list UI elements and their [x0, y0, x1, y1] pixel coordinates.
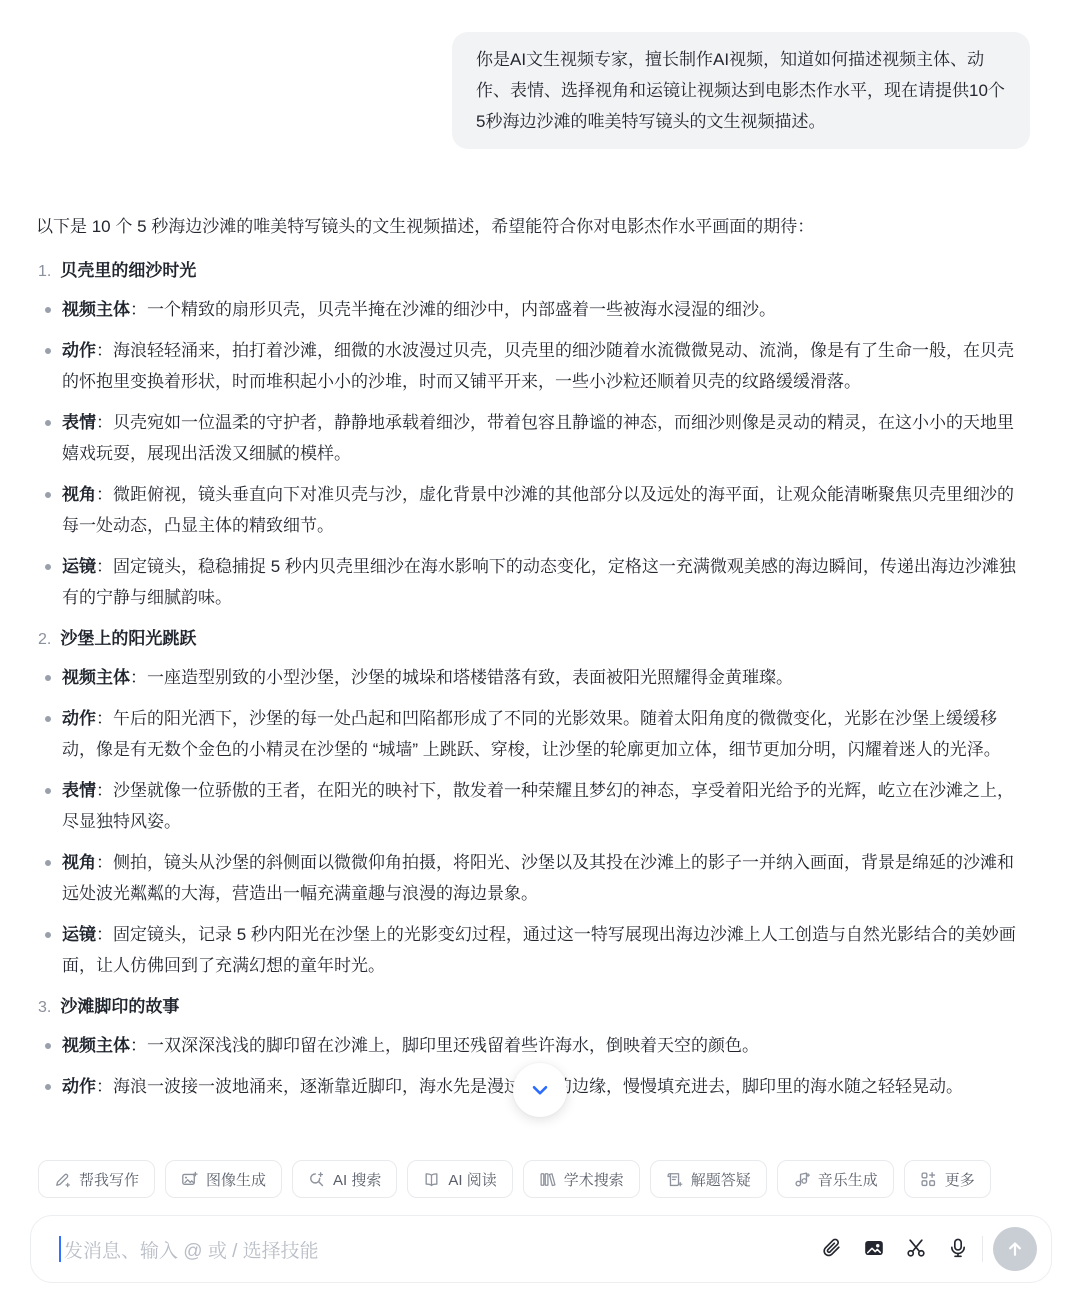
skill-label: 学术搜索: [564, 1169, 624, 1190]
message-input-box[interactable]: 发消息、输入 @ 或 / 选择技能: [30, 1215, 1052, 1283]
list-item: 运镜：固定镜头，记录 5 秒内阳光在沙堡上的光影变幻过程，通过这一特写展现出海边…: [36, 919, 1030, 981]
bullet-text: ：一座造型别致的小型沙堡，沙堡的城垛和塔楼错落有致，表面被阳光照耀得金黄璀璨。: [130, 668, 793, 687]
skill-ai-reading[interactable]: AI 阅读: [407, 1160, 512, 1198]
text-caret: [59, 1236, 61, 1262]
section-title-row: 3.沙滩脚印的故事: [38, 991, 1030, 1023]
list-item: 动作：海浪轻轻涌来，拍打着沙滩，细微的水波漫过贝壳，贝壳里的细沙随着水流微微晃动…: [36, 335, 1030, 397]
list-item: 视频主体：一座造型别致的小型沙堡，沙堡的城垛和塔楼错落有致，表面被阳光照耀得金黄…: [36, 662, 1030, 693]
composer-area: 帮我写作图像生成AI 搜索AI 阅读学术搜索解题答疑音乐生成更多 发消息、输入 …: [0, 1152, 1080, 1302]
input-placeholder: 发消息、输入 @ 或 / 选择技能: [64, 1236, 814, 1263]
bullet-label: 视频主体: [62, 1036, 130, 1055]
bullet-label: 表情: [62, 413, 96, 432]
bullet-dot: [45, 932, 51, 938]
bullet-text: ：一双深深浅浅的脚印留在沙滩上，脚印里还残留着些许海水，倒映着天空的颜色。: [130, 1036, 759, 1055]
bullet-label: 动作: [62, 341, 96, 360]
bullet-label: 动作: [62, 1077, 96, 1096]
skill-more[interactable]: 更多: [904, 1160, 991, 1198]
composer-actions: [814, 1231, 976, 1267]
bullet-dot: [45, 675, 51, 681]
pencil-icon: [54, 1171, 71, 1188]
bullet-text: ：贝壳宛如一位温柔的守护者，静静地承载着细沙，带着包容且静谧的神态，而细沙则像是…: [62, 413, 1014, 463]
skill-label: AI 搜索: [333, 1169, 381, 1190]
skill-music-generation[interactable]: 音乐生成: [777, 1160, 894, 1198]
skill-academic-search[interactable]: 学术搜索: [523, 1160, 640, 1198]
skill-label: 图像生成: [206, 1169, 266, 1190]
bullet-dot: [45, 420, 51, 426]
section-title: 沙滩脚印的故事: [60, 991, 179, 1022]
send-button[interactable]: [993, 1227, 1037, 1271]
bullet-dot: [45, 1084, 51, 1090]
list-item: 表情：贝壳宛如一位温柔的守护者，静静地承载着细沙，带着包容且静谧的神态，而细沙则…: [36, 407, 1030, 469]
bullet-label: 表情: [62, 781, 96, 800]
section-number: 2.: [38, 624, 51, 655]
bullet-label: 运镜: [62, 925, 96, 944]
skill-label: 音乐生成: [818, 1169, 878, 1190]
skill-label: 帮我写作: [79, 1169, 139, 1190]
library-icon: [539, 1171, 556, 1188]
list-item: 运镜：固定镜头，稳稳捕捉 5 秒内贝壳里细沙在海水影响下的动态变化，定格这一充满…: [36, 551, 1030, 613]
bullet-text: ：微距俯视，镜头垂直向下对准贝壳与沙，虚化背景中沙滩的其他部分以及远处的海平面，…: [62, 485, 1014, 535]
list-item: 视角：侧拍，镜头从沙堡的斜侧面以微微仰角拍摄，将阳光、沙堡以及其投在沙滩上的影子…: [36, 847, 1030, 909]
bullet-label: 视频主体: [62, 668, 130, 687]
paperclip-icon: [821, 1237, 843, 1262]
assistant-message: 以下是 10 个 5 秒海边沙滩的唯美特写镜头的文生视频描述，希望能符合你对电影…: [36, 211, 1030, 1102]
scissors-icon: [905, 1237, 927, 1262]
scroll-to-bottom-button[interactable]: [513, 1063, 567, 1117]
section-title-row: 1.贝壳里的细沙时光: [38, 255, 1030, 287]
bullet-dot: [45, 492, 51, 498]
assistant-intro: 以下是 10 个 5 秒海边沙滩的唯美特写镜头的文生视频描述，希望能符合你对电影…: [36, 211, 1030, 242]
search-icon: [308, 1171, 325, 1188]
scroll-icon: [666, 1171, 683, 1188]
bullet-label: 视频主体: [62, 300, 130, 319]
skill-toolbar: 帮我写作图像生成AI 搜索AI 阅读学术搜索解题答疑音乐生成更多: [38, 1160, 1052, 1198]
skill-label: 解题答疑: [691, 1169, 751, 1190]
arrow-up-icon: [1004, 1238, 1026, 1260]
bullet-text: ：一个精致的扇形贝壳，贝壳半掩在沙滩的细沙中，内部盛着一些被海水浸湿的细沙。: [130, 300, 776, 319]
microphone-icon: [947, 1237, 969, 1262]
chevron-down-icon: [527, 1077, 553, 1103]
image-icon: [181, 1171, 198, 1188]
user-message-row: 你是AI文生视频专家，擅长制作AI视频，知道如何描述视频主体、动作、表情、选择视…: [36, 32, 1030, 149]
skill-help-me-write[interactable]: 帮我写作: [38, 1160, 155, 1198]
bullet-dot: [45, 860, 51, 866]
bullet-dot: [45, 716, 51, 722]
photo-button[interactable]: [856, 1231, 892, 1267]
list-item: 视频主体：一双深深浅浅的脚印留在沙滩上，脚印里还残留着些许海水，倒映着天空的颜色…: [36, 1030, 1030, 1061]
music-icon: [793, 1171, 810, 1188]
section-number: 3.: [38, 992, 51, 1023]
reader-icon: [423, 1171, 440, 1188]
bullet-dot: [45, 564, 51, 570]
user-message-bubble: 你是AI文生视频专家，擅长制作AI视频，知道如何描述视频主体、动作、表情、选择视…: [452, 32, 1030, 149]
chat-history[interactable]: 你是AI文生视频专家，擅长制作AI视频，知道如何描述视频主体、动作、表情、选择视…: [0, 0, 1080, 1152]
bullet-dot: [45, 1043, 51, 1049]
section-number: 1.: [38, 256, 51, 287]
skill-label: 更多: [945, 1169, 975, 1190]
user-message-text: 你是AI文生视频专家，擅长制作AI视频，知道如何描述视频主体、动作、表情、选择视…: [476, 50, 1005, 131]
section-title-row: 2.沙堡上的阳光跳跃: [38, 623, 1030, 655]
photo-icon: [863, 1237, 885, 1262]
bullet-dot: [45, 348, 51, 354]
list-item: 视角：微距俯视，镜头垂直向下对准贝壳与沙，虚化背景中沙滩的其他部分以及远处的海平…: [36, 479, 1030, 541]
assistant-sections: 1.贝壳里的细沙时光视频主体：一个精致的扇形贝壳，贝壳半掩在沙滩的细沙中，内部盛…: [36, 255, 1030, 1102]
bullet-text: ：海浪轻轻涌来，拍打着沙滩，细微的水波漫过贝壳，贝壳里的细沙随着水流微微晃动、流…: [62, 341, 1014, 391]
bullet-text: ：固定镜头，稳稳捕捉 5 秒内贝壳里细沙在海水影响下的动态变化，定格这一充满微观…: [62, 557, 1016, 607]
screenshot-button[interactable]: [898, 1231, 934, 1267]
list-item: 动作：午后的阳光洒下，沙堡的每一处凸起和凹陷都形成了不同的光影效果。随着太阳角度…: [36, 703, 1030, 765]
skill-image-generation[interactable]: 图像生成: [165, 1160, 282, 1198]
section-title: 贝壳里的细沙时光: [60, 255, 196, 286]
bullet-label: 动作: [62, 709, 96, 728]
bullet-dot: [45, 788, 51, 794]
voice-button[interactable]: [940, 1231, 976, 1267]
list-item: 视频主体：一个精致的扇形贝壳，贝壳半掩在沙滩的细沙中，内部盛着一些被海水浸湿的细…: [36, 294, 1030, 325]
list-item: 表情：沙堡就像一位骄傲的王者，在阳光的映衬下，散发着一种荣耀且梦幻的神态，享受着…: [36, 775, 1030, 837]
divider: [982, 1236, 983, 1262]
bullet-text: ：固定镜头，记录 5 秒内阳光在沙堡上的光影变幻过程，通过这一特写展现出海边沙滩…: [62, 925, 1016, 975]
bullet-label: 视角: [62, 485, 96, 504]
chat-window: 你是AI文生视频专家，擅长制作AI视频，知道如何描述视频主体、动作、表情、选择视…: [0, 0, 1080, 1302]
section-title: 沙堡上的阳光跳跃: [60, 623, 196, 654]
bullet-dot: [45, 307, 51, 313]
skill-problem-solving[interactable]: 解题答疑: [650, 1160, 767, 1198]
skill-ai-search[interactable]: AI 搜索: [292, 1160, 397, 1198]
attach-button[interactable]: [814, 1231, 850, 1267]
bullet-text: ：侧拍，镜头从沙堡的斜侧面以微微仰角拍摄，将阳光、沙堡以及其投在沙滩上的影子一并…: [62, 853, 1014, 903]
bullet-label: 视角: [62, 853, 96, 872]
grid-icon: [920, 1171, 937, 1188]
skill-label: AI 阅读: [448, 1169, 496, 1190]
bullet-text: ：午后的阳光洒下，沙堡的每一处凸起和凹陷都形成了不同的光影效果。随着太阳角度的微…: [62, 709, 1001, 759]
bullet-text: ：沙堡就像一位骄傲的王者，在阳光的映衬下，散发着一种荣耀且梦幻的神态，享受着阳光…: [62, 781, 1014, 831]
bullet-label: 运镜: [62, 557, 96, 576]
